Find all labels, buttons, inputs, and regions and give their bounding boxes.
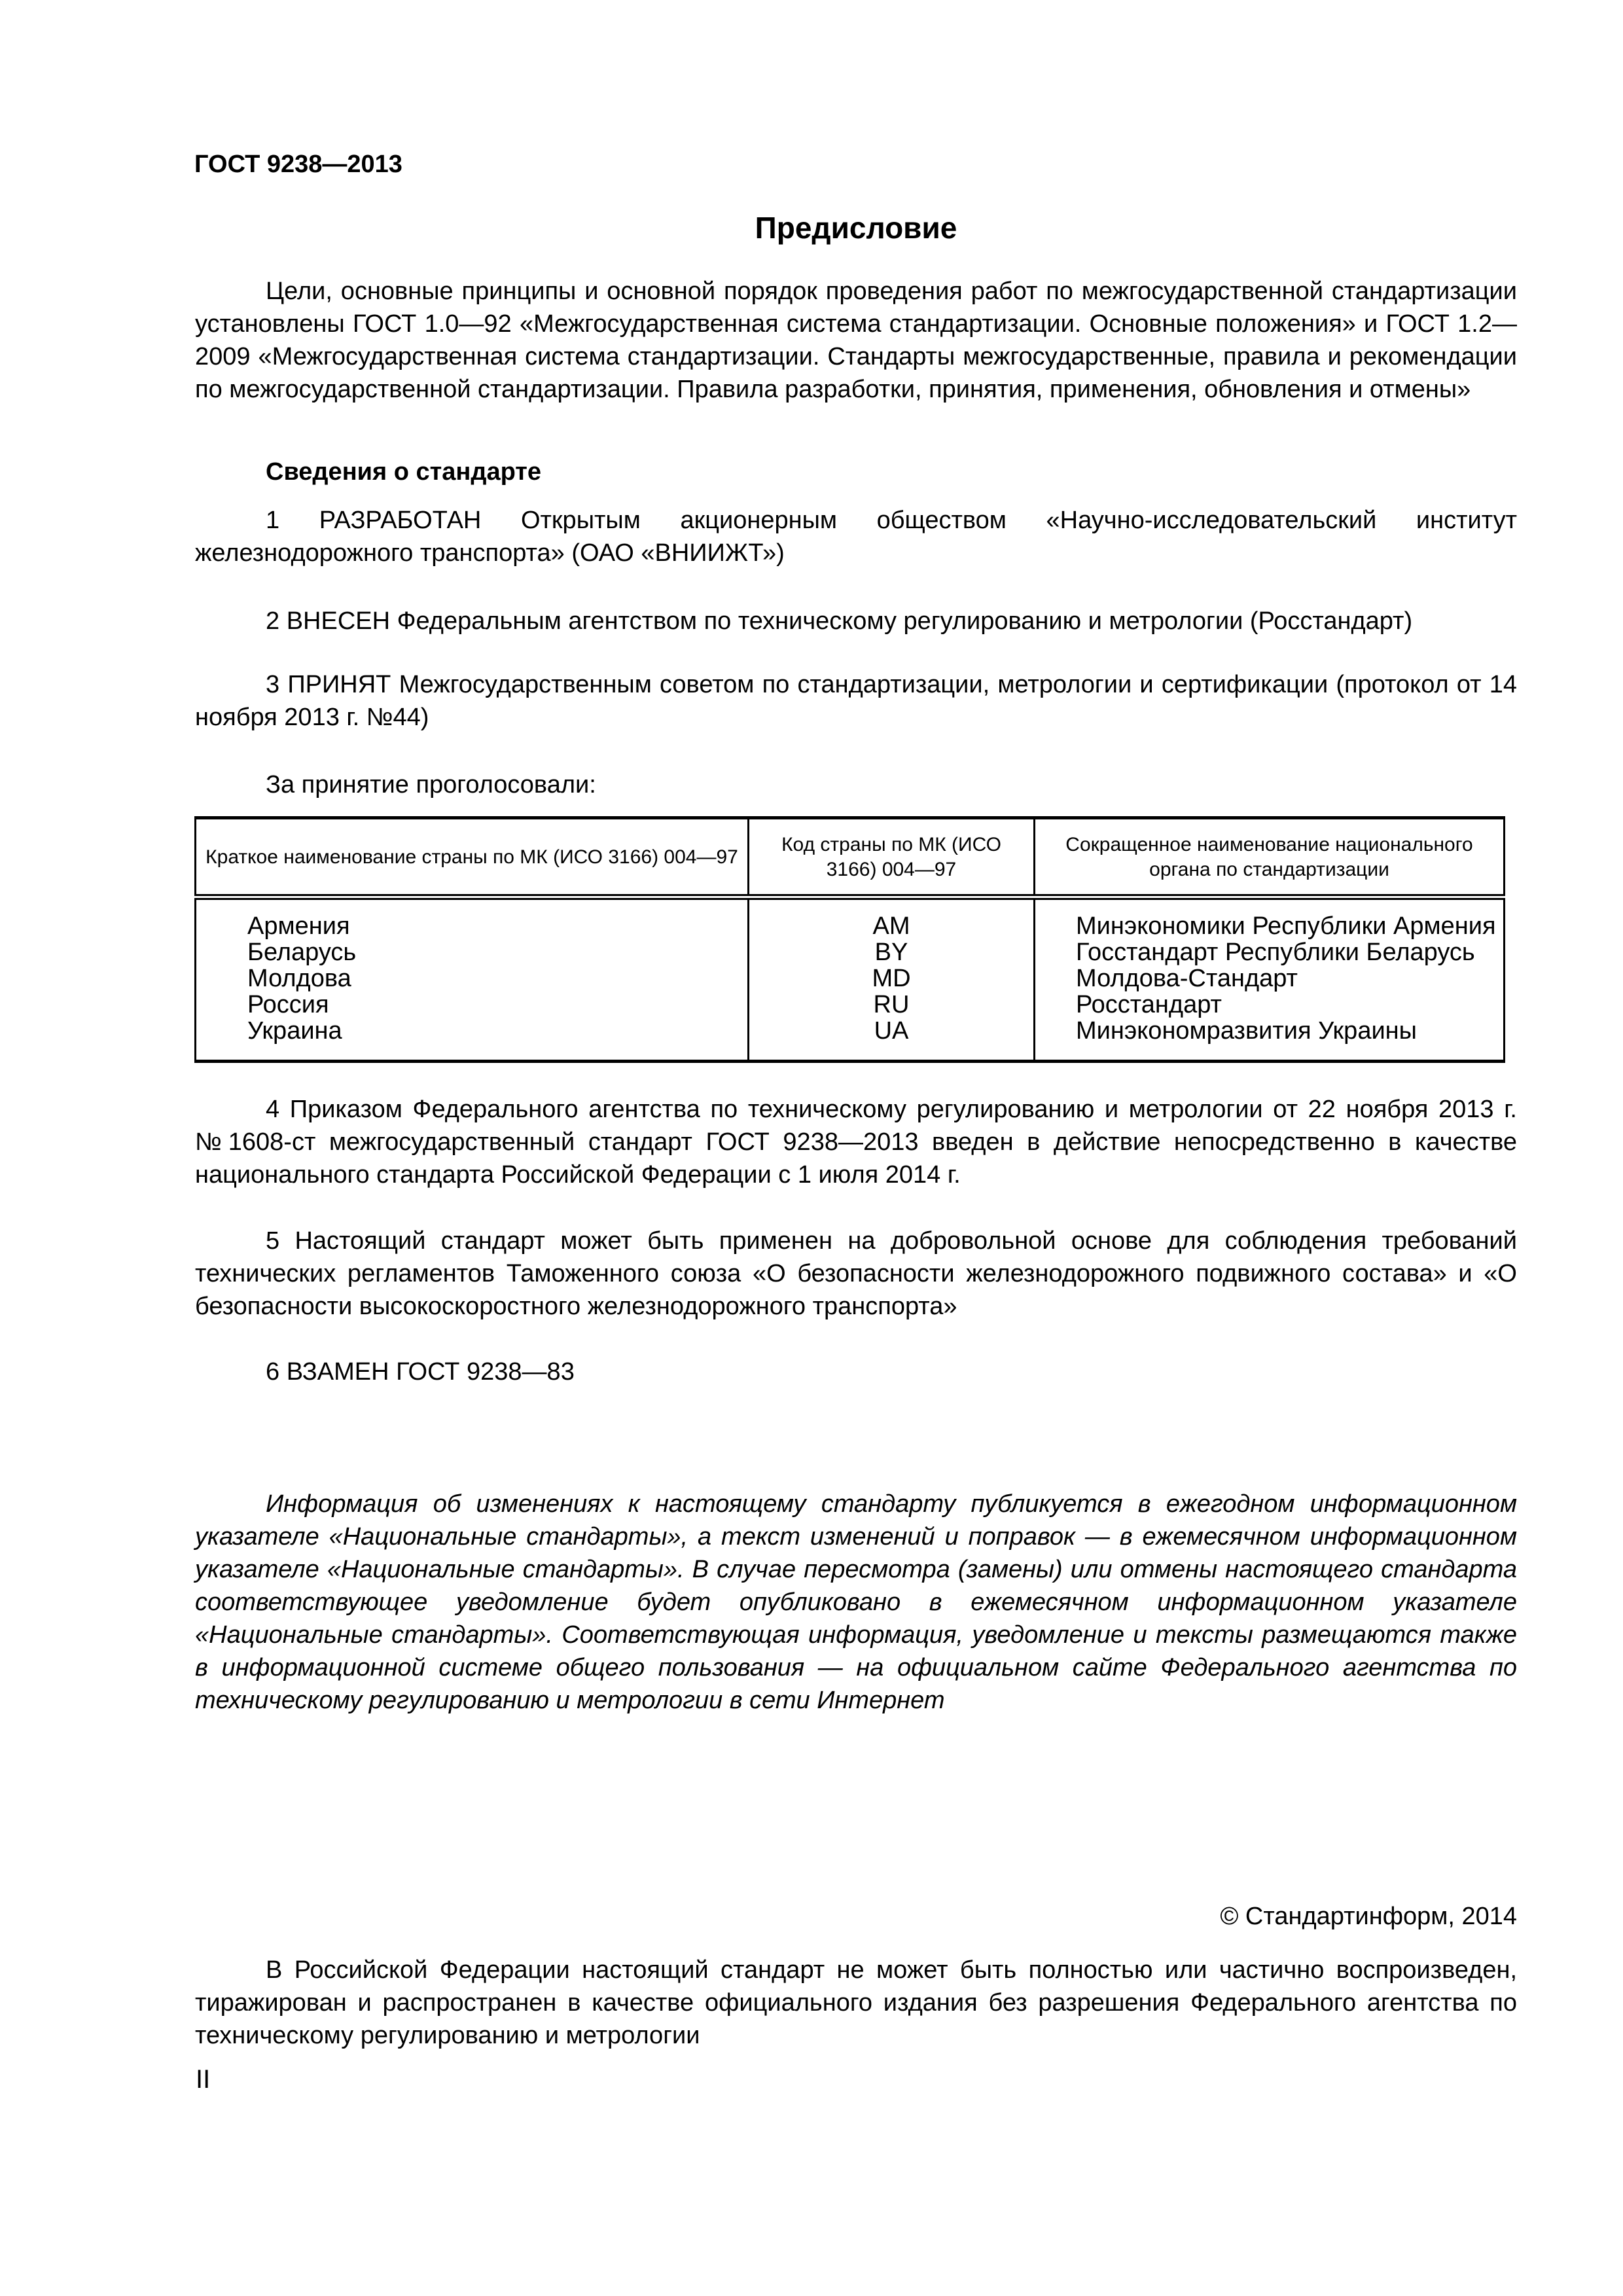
country-name: Беларусь [247,939,747,965]
reproduction-notice: В Российской Федерации настоящий стандар… [195,1954,1517,2052]
code-column: AM BY MD RU UA [749,897,1035,1062]
country-name: Молдова [247,965,747,992]
item-4-order: 4 Приказом Федерального агентства по тех… [195,1093,1517,1191]
country-name: Украина [247,1018,747,1044]
country-code: MD [749,965,1033,992]
country-code: RU [749,992,1033,1018]
item-6-replaces: 6 ВЗАМЕН ГОСТ 9238—83 [195,1355,1517,1388]
column-header-body: Сокращенное наименование национального о… [1035,818,1505,897]
country-code: AM [749,913,1033,939]
item-5-applicability: 5 Настоящий стандарт может быть применен… [195,1225,1517,1323]
vote-intro: За принятие проголосовали: [195,768,1517,801]
item-3-adopted: 3 ПРИНЯТ Межгосударственным советом по с… [195,668,1517,734]
body-column: Минэкономики Республики Армения Госстанд… [1035,897,1505,1062]
country-name: Россия [247,992,747,1018]
table-row: Армения Беларусь Молдова Россия Украина … [196,897,1505,1062]
country-code: BY [749,939,1033,965]
intro-paragraph: Цели, основные принципы и основной поряд… [195,275,1517,406]
country-name: Армения [247,913,747,939]
standards-body: Минэкономразвития Украины [1076,1018,1503,1044]
item-2-submitted: 2 ВНЕСЕН Федеральным агентством по техни… [195,605,1517,637]
standards-body: Госстандарт Республики Беларусь [1076,939,1503,965]
document-page: ГОСТ 9238—2013 Предисловие Цели, основны… [0,0,1623,2296]
voting-table: Краткое наименование страны по МК (ИСО 3… [194,816,1505,1063]
item-1-developed: 1 РАЗРАБОТАН Открытым акционерным общест… [195,504,1517,569]
document-header: ГОСТ 9238—2013 [194,148,402,181]
section-heading: Сведения о стандарте [195,456,1517,488]
page-title: Предисловие [195,208,1517,247]
column-header-country: Краткое наименование страны по МК (ИСО 3… [196,818,749,897]
country-column: Армения Беларусь Молдова Россия Украина [196,897,749,1062]
page-number: II [196,2063,210,2096]
country-code: UA [749,1018,1033,1044]
copyright: © Стандартинформ, 2014 [195,1900,1517,1933]
standards-body: Молдова-Стандарт [1076,965,1503,992]
standards-body: Росстандарт [1076,992,1503,1018]
table-header-row: Краткое наименование страны по МК (ИСО 3… [196,818,1505,897]
column-header-code: Код страны по МК (ИСО 3166) 004—97 [749,818,1035,897]
standards-body: Минэкономики Республики Армения [1076,913,1503,939]
info-notice: Информация об изменениях к настоящему ст… [195,1488,1517,1717]
